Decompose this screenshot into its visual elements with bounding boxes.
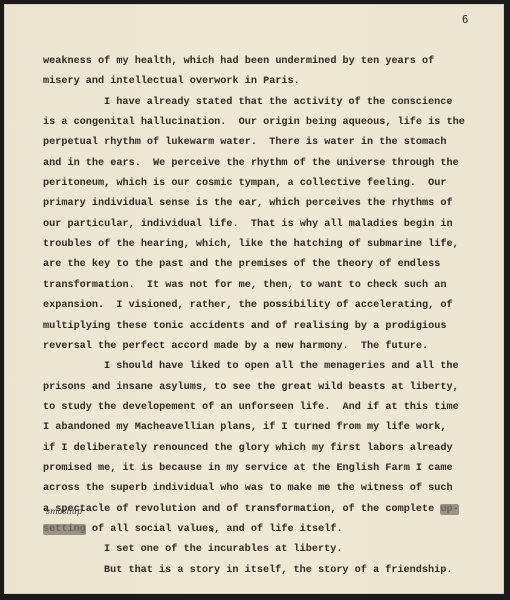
text-line: across the superb individual who was to …: [43, 483, 453, 495]
text-line: primary individual sense is the ear, whi…: [43, 198, 453, 210]
text-line: multiplying these tonic accidents and of…: [43, 321, 447, 333]
handwritten-insertion: smashup: [46, 507, 82, 516]
text-line: reversal the perfect accord made by a ne…: [43, 341, 428, 353]
text-line: is a congenital hallucination. Our origi…: [43, 117, 465, 129]
text-line: misery and intellectual overwork in Pari…: [43, 76, 300, 88]
text-line: I should have liked to open all the mena…: [104, 361, 459, 373]
text-line: weakness of my health, which had been un…: [43, 56, 434, 68]
text-line: But that is a story in itself, the story…: [104, 565, 452, 577]
line-text: a spectacle of revolution and of transfo…: [43, 504, 440, 515]
line-text: of all social values, and of life itself…: [86, 524, 343, 535]
text-line: I abandoned my Macheavellian plans, if I…: [43, 422, 447, 434]
text-line: I have already stated that the activity …: [104, 97, 452, 109]
text-line: are the key to the past and the premises…: [43, 259, 440, 271]
text-line: our particular, individual life. That is…: [43, 219, 453, 231]
text-line: to study the developement of an unforsee…: [43, 402, 459, 414]
text-line: if I deliberately renounced the glory wh…: [43, 443, 453, 455]
text-line: peritoneum, which is our cosmic tympan, …: [43, 178, 447, 190]
text-line: transformation. It was not for me, then,…: [43, 280, 447, 292]
typescript-page: 6 weakness of my health, which had been …: [4, 4, 504, 594]
text-line: perpetual rhythm of lukewarm water. Ther…: [43, 137, 447, 149]
text-line: a spectacle of revolution and of transfo…: [43, 504, 459, 516]
text-line: prisons and insane asylums, to see the g…: [43, 382, 459, 394]
text-line: troubles of the hearing, which, like the…: [43, 239, 459, 251]
page-number: 6: [462, 14, 468, 26]
handwritten-comma-mark: x: [209, 525, 214, 535]
struck-out-text: setting: [43, 524, 86, 535]
text-line: and in the ears. We perceive the rhythm …: [43, 158, 459, 170]
struck-out-text: up-: [440, 504, 458, 515]
text-line: promised me, it is because in my service…: [43, 463, 453, 475]
text-line: expansion. I visioned, rather, the possi…: [43, 300, 453, 312]
text-line: setting of all social values, and of lif…: [43, 524, 343, 536]
text-line: I set one of the incurables at liberty.: [104, 544, 342, 556]
